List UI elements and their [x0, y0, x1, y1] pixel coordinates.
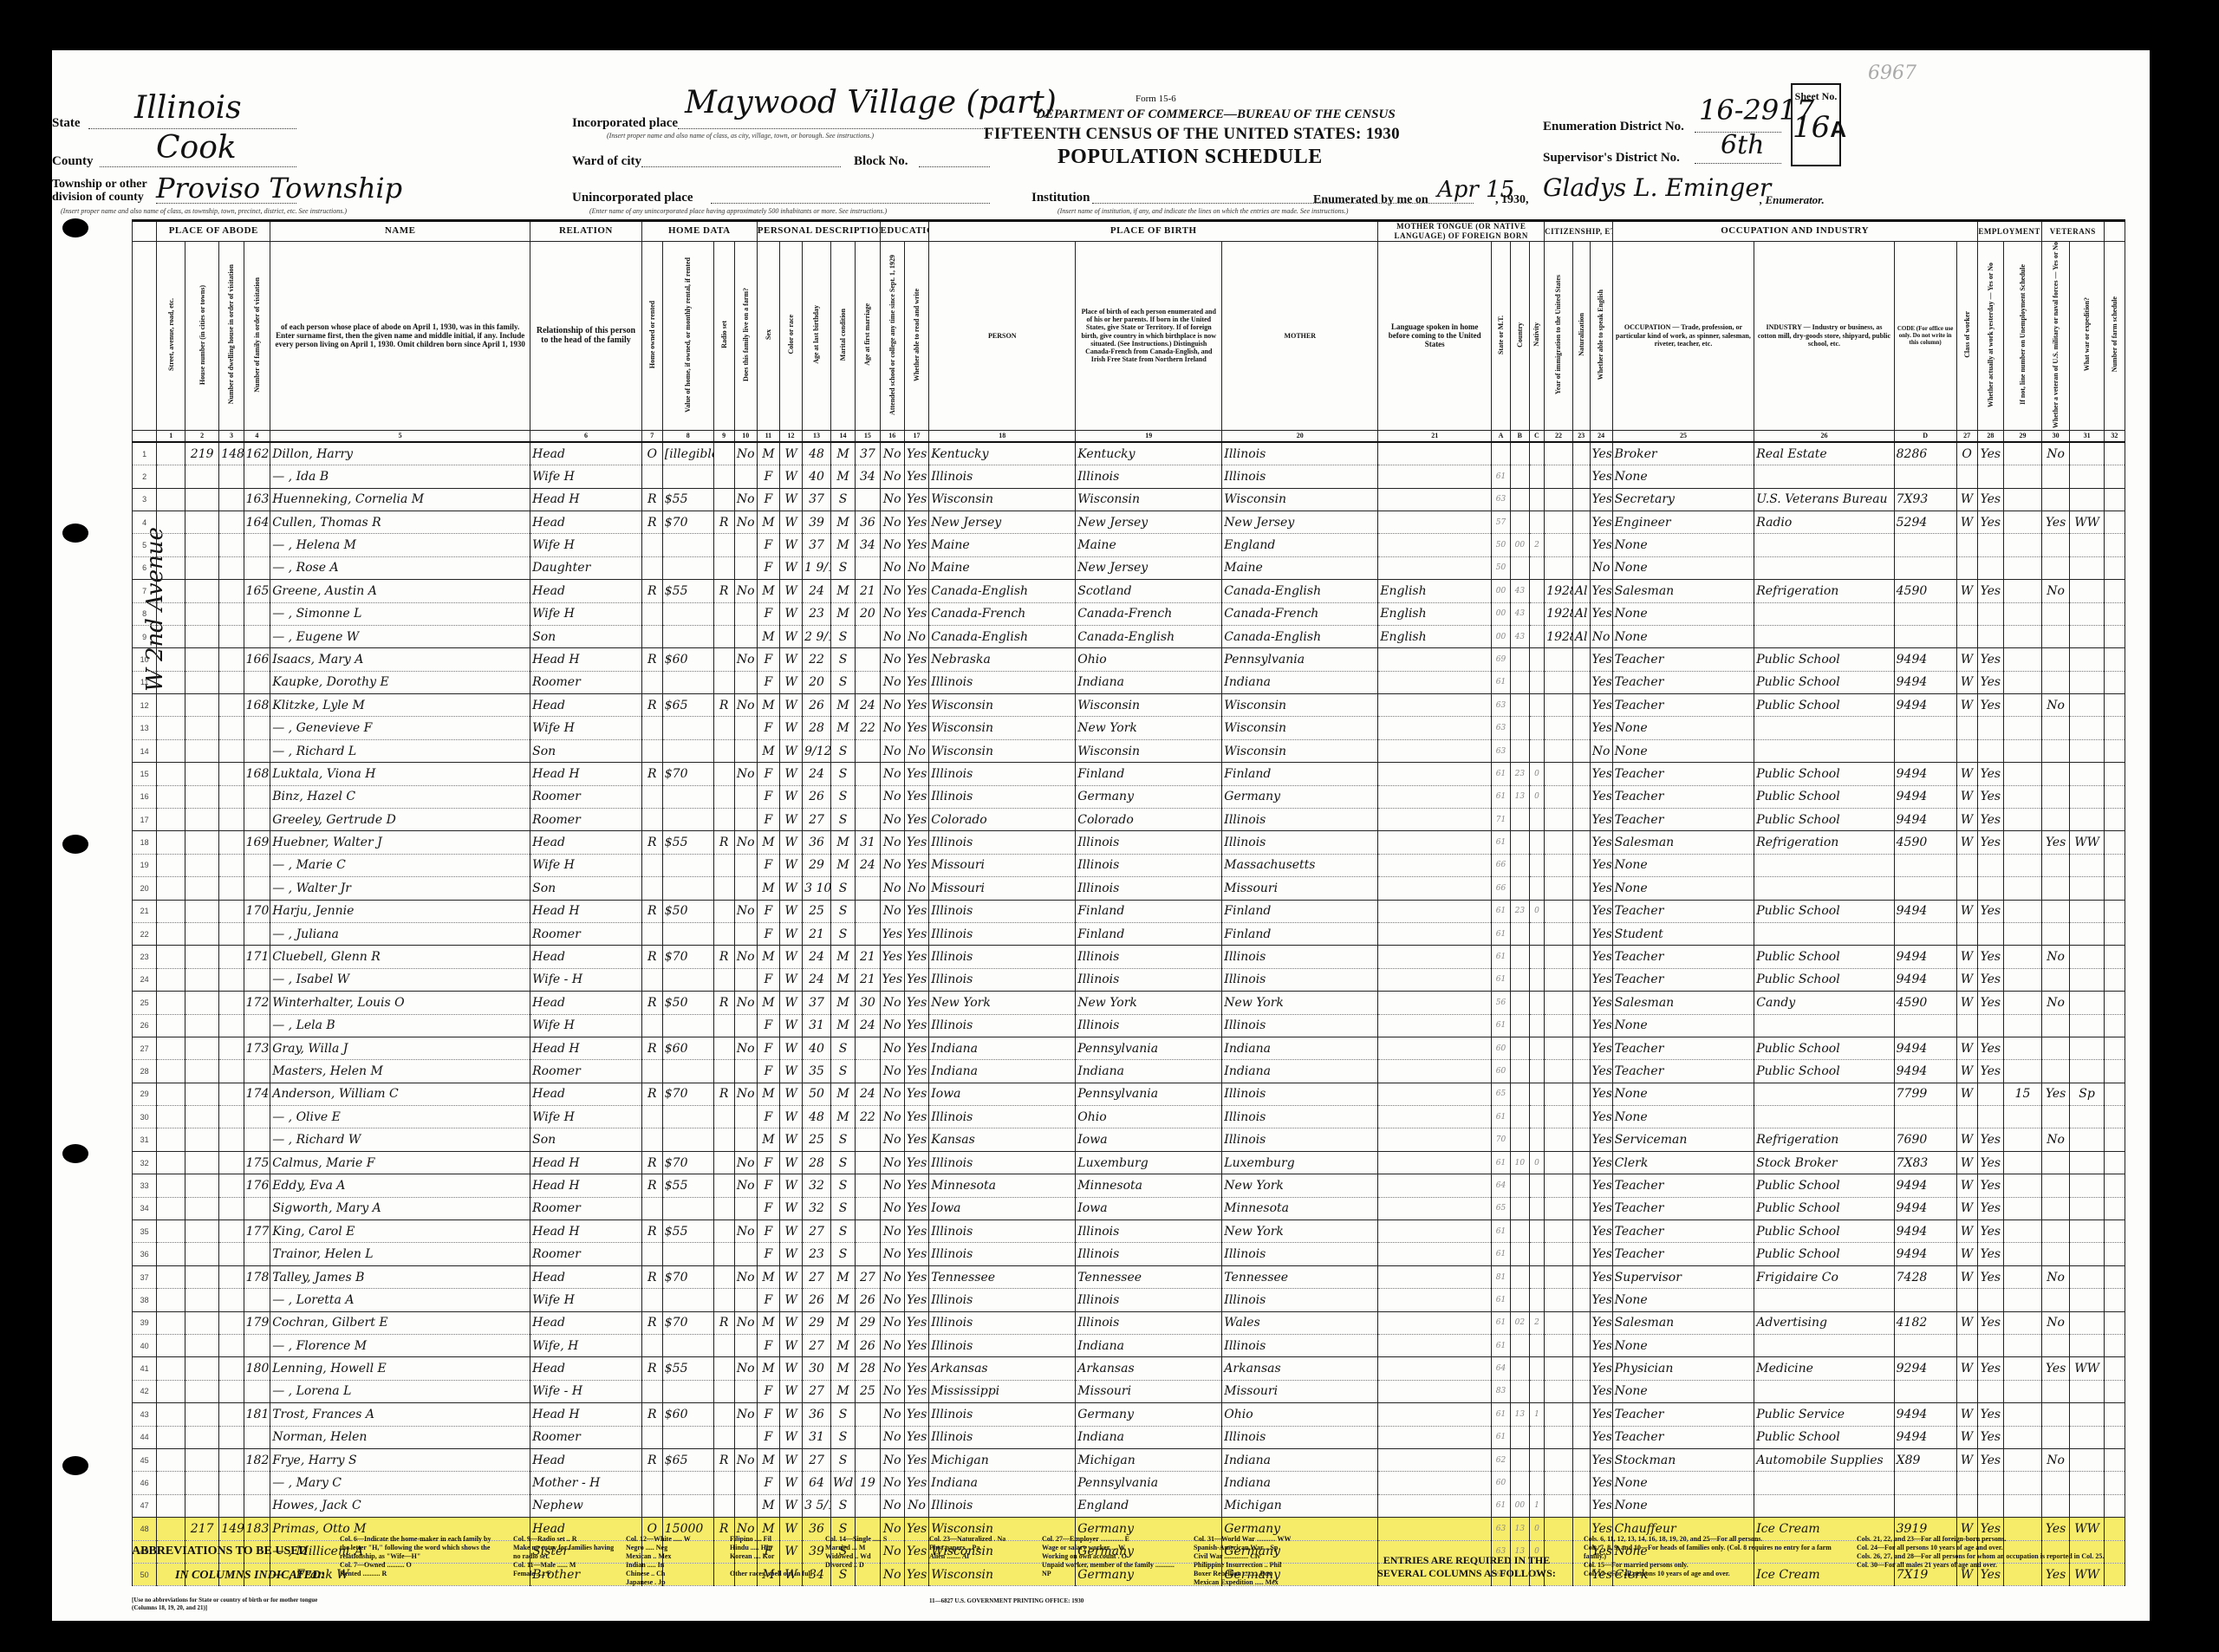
immigration-year	[1545, 1151, 1573, 1174]
farm-schedule	[2104, 1335, 2125, 1357]
race: W	[779, 1289, 802, 1311]
birthplace-mother: Illinois	[1222, 1106, 1378, 1128]
home-value	[662, 785, 713, 808]
relationship: Roomer	[530, 1426, 642, 1448]
marital-status: S	[830, 1220, 855, 1243]
birthplace-mother: Wisconsin	[1222, 694, 1378, 717]
speaks-english: Yes	[1590, 763, 1612, 785]
group-employment: EMPLOYMENT	[1977, 222, 2041, 241]
person-name: — , Eugene W	[270, 625, 530, 647]
line-number: 32	[133, 1151, 157, 1174]
age: 40	[803, 465, 831, 488]
code-c	[1529, 1426, 1544, 1448]
unemployment-line	[2004, 1128, 2042, 1151]
attended-school: Yes	[880, 946, 904, 968]
radio-set	[713, 671, 734, 693]
table-row: 10166Isaacs, Mary AHead HR$60NoFW22SNoYe…	[133, 648, 2125, 671]
birthplace-father: Indiana	[1076, 1426, 1222, 1448]
family-number	[244, 625, 270, 647]
home-value: $50	[662, 900, 713, 922]
race: W	[779, 442, 802, 465]
attended-school: No	[880, 1494, 904, 1517]
unemployment-line	[2004, 1197, 2042, 1219]
read-write: Yes	[904, 1106, 928, 1128]
age-first-marriage	[856, 1426, 880, 1448]
read-write: Yes	[904, 763, 928, 785]
person-name: — , Juliana	[270, 922, 530, 945]
war	[2070, 1265, 2104, 1288]
occupation: Teacher	[1612, 648, 1754, 671]
read-write: No	[904, 877, 928, 900]
age-first-marriage	[856, 648, 880, 671]
marital-status: S	[830, 1403, 855, 1426]
house-number	[185, 602, 219, 625]
age: 24	[803, 968, 831, 991]
person-name: — , Isabel W	[270, 968, 530, 991]
unemployment-line	[2004, 648, 2042, 671]
age: 3 5/12	[803, 1494, 831, 1517]
street	[157, 1243, 185, 1265]
code-a: 69	[1492, 648, 1511, 671]
relationship: Roomer	[530, 1243, 642, 1265]
veteran	[2041, 648, 2070, 671]
birthplace-mother: Michigan	[1222, 1494, 1378, 1517]
marital-status: Wd	[830, 1472, 855, 1494]
attended-school: No	[880, 809, 904, 831]
street	[157, 831, 185, 854]
age-first-marriage: 22	[856, 717, 880, 739]
attended-school: No	[880, 1380, 904, 1402]
occupation-code: 4182	[1894, 1311, 1956, 1334]
birthplace-father: Illinois	[1076, 1311, 1222, 1334]
age: 24	[803, 946, 831, 968]
radio-set	[713, 648, 734, 671]
birthplace-mother: Tennessee	[1222, 1265, 1378, 1288]
family-number	[244, 534, 270, 556]
code-a: 60	[1492, 1060, 1511, 1083]
war	[2070, 1128, 2104, 1151]
birthplace-father: Finland	[1076, 763, 1222, 785]
sex: F	[757, 1335, 779, 1357]
marital-status: M	[830, 694, 855, 717]
occupation-code	[1894, 717, 1956, 739]
war	[2070, 1014, 2104, 1037]
speaks-english: Yes	[1590, 900, 1612, 922]
table-row: 38— , Loretta AWife HFW26M26NoYesIllinoi…	[133, 1289, 2125, 1311]
age-first-marriage	[856, 671, 880, 693]
veteran	[2041, 854, 2070, 876]
naturalization: Al	[1572, 580, 1590, 602]
naturalization	[1572, 992, 1590, 1014]
code-a: 61	[1492, 831, 1511, 854]
speaks-english: Yes	[1590, 854, 1612, 876]
table-row: 1219148162Dillon, HarryHeadO[illegible]N…	[133, 442, 2125, 465]
attended-school: No	[880, 671, 904, 693]
occupation-code	[1894, 602, 1956, 625]
occupation-code	[1894, 1335, 1956, 1357]
attended-school: No	[880, 1289, 904, 1311]
dwelling-number	[219, 1426, 244, 1448]
line-number: 39	[133, 1311, 157, 1334]
immigration-year	[1545, 785, 1573, 808]
table-row: 2— , Ida BWife HFW40M34NoYesIllinoisIlli…	[133, 465, 2125, 488]
code-a: 61	[1492, 763, 1511, 785]
birthplace-mother: Finland	[1222, 922, 1378, 945]
naturalization	[1572, 968, 1590, 991]
speaks-english: Yes	[1590, 1060, 1612, 1083]
family-number: 179	[244, 1311, 270, 1334]
veteran	[2041, 1494, 2070, 1517]
owned-rented: R	[641, 511, 662, 533]
industry: Public School	[1754, 1220, 1894, 1243]
birthplace-person: Illinois	[929, 1289, 1076, 1311]
code-b	[1510, 739, 1529, 762]
speaks-english: Yes	[1590, 648, 1612, 671]
dwelling-number	[219, 671, 244, 693]
unemployment-line	[2004, 602, 2042, 625]
relationship: Head	[530, 1083, 642, 1105]
dwelling-number	[219, 854, 244, 876]
attended-school: No	[880, 1311, 904, 1334]
industry: Public School	[1754, 946, 1894, 968]
department: DEPARTMENT OF COMMERCE—BUREAU OF THE CEN…	[1036, 107, 1396, 122]
attended-school: No	[880, 1037, 904, 1059]
unemployment-line	[2004, 1037, 2042, 1059]
naturalization	[1572, 442, 1590, 465]
industry	[1754, 465, 1894, 488]
mother-tongue	[1378, 534, 1492, 556]
occupation: None	[1612, 1014, 1754, 1037]
farm-schedule	[2104, 1403, 2125, 1426]
relationship: Head	[530, 1448, 642, 1471]
industry	[1754, 922, 1894, 945]
speaks-english: Yes	[1590, 831, 1612, 854]
race: W	[779, 877, 802, 900]
table-row: 3163Huenneking, Cornelia MHead HR$55NoFW…	[133, 488, 2125, 511]
farm-schedule	[2104, 1243, 2125, 1265]
relationship: Head H	[530, 1403, 642, 1426]
industry	[1754, 739, 1894, 762]
abbr-col14: Col. 14—Single ..... S Married ... M Wid…	[825, 1535, 921, 1570]
veteran: Yes	[2041, 1083, 2070, 1105]
marital-status: S	[830, 488, 855, 511]
abbreviations-footer: ABBREVIATIONS TO BE USED IN COLUMNS INDI…	[132, 1528, 2125, 1615]
farm: No	[734, 442, 757, 465]
unemployment-line	[2004, 625, 2042, 647]
veteran	[2041, 1060, 2070, 1083]
family-number	[244, 739, 270, 762]
street	[157, 717, 185, 739]
relationship: Head	[530, 442, 642, 465]
birthplace-person: Canada-French	[929, 602, 1076, 625]
sex: F	[757, 785, 779, 808]
owned-rented: R	[641, 1037, 662, 1059]
birthplace-person: Wisconsin	[929, 488, 1076, 511]
naturalization	[1572, 1083, 1590, 1105]
race: W	[779, 1151, 802, 1174]
person-name: Lenning, Howell E	[270, 1357, 530, 1380]
supervisor-value: 6th	[1721, 130, 1764, 160]
table-row: 18169Huebner, Walter JHeadR$55RNoMW36M31…	[133, 831, 2125, 854]
person-name: Cochran, Gilbert E	[270, 1311, 530, 1334]
line-number: 20	[133, 877, 157, 900]
home-value: $70	[662, 1083, 713, 1105]
person-name: Eddy, Eva A	[270, 1174, 530, 1197]
farm-schedule	[2104, 1265, 2125, 1288]
immigration-year	[1545, 694, 1573, 717]
radio-set	[713, 556, 734, 579]
radio-set	[713, 1403, 734, 1426]
sex: F	[757, 809, 779, 831]
age-first-marriage: 26	[856, 1289, 880, 1311]
naturalization	[1572, 1060, 1590, 1083]
dwelling-number	[219, 511, 244, 533]
birthplace-father: Colorado	[1076, 809, 1222, 831]
home-value	[662, 739, 713, 762]
age: 27	[803, 809, 831, 831]
code-a: 61	[1492, 900, 1511, 922]
house-number	[185, 877, 219, 900]
home-value	[662, 625, 713, 647]
naturalization	[1572, 556, 1590, 579]
read-write: Yes	[904, 1380, 928, 1402]
attended-school: No	[880, 488, 904, 511]
house-number	[185, 763, 219, 785]
race: W	[779, 1380, 802, 1402]
person-name: Greene, Austin A	[270, 580, 530, 602]
house-number	[185, 1265, 219, 1288]
veteran	[2041, 556, 2070, 579]
street	[157, 877, 185, 900]
industry: Public School	[1754, 809, 1894, 831]
relationship: Wife H	[530, 1289, 642, 1311]
code-c	[1529, 1174, 1544, 1197]
unemployment-line	[2004, 1265, 2042, 1288]
war	[2070, 1243, 2104, 1265]
owned-rented: R	[641, 1403, 662, 1426]
naturalization	[1572, 1448, 1590, 1471]
unincorporated-label: Unincorporated place	[572, 191, 693, 205]
birthplace-father: Iowa	[1076, 1128, 1222, 1151]
family-number	[244, 1472, 270, 1494]
code-b: 00	[1510, 1494, 1529, 1517]
header-occupation: OCCUPATION — Trade, profession, or parti…	[1612, 241, 1754, 430]
code-c	[1529, 946, 1544, 968]
read-write: Yes	[904, 1197, 928, 1219]
mother-tongue	[1378, 831, 1492, 854]
occupation: Teacher	[1612, 946, 1754, 968]
group-place-of-birth: PLACE OF BIRTH	[929, 222, 1378, 241]
person-name: — , Richard W	[270, 1128, 530, 1151]
veteran	[2041, 739, 2070, 762]
immigration-year	[1545, 1083, 1573, 1105]
relationship: Son	[530, 1128, 642, 1151]
speaks-english: Yes	[1590, 442, 1612, 465]
farm-schedule	[2104, 1448, 2125, 1471]
home-value: $55	[662, 1174, 713, 1197]
dwelling-number	[219, 877, 244, 900]
read-write: Yes	[904, 854, 928, 876]
unemployment-line	[2004, 1243, 2042, 1265]
farm-schedule	[2104, 671, 2125, 693]
farm: No	[734, 900, 757, 922]
header-relation: Relationship of this person to the head …	[530, 241, 642, 430]
line-number: 24	[133, 968, 157, 991]
birthplace-person: Michigan	[929, 1448, 1076, 1471]
race: W	[779, 739, 802, 762]
speaks-english: Yes	[1590, 946, 1612, 968]
birthplace-person: Illinois	[929, 968, 1076, 991]
code-c	[1529, 739, 1544, 762]
owned-rented: R	[641, 488, 662, 511]
dwelling-number	[219, 1448, 244, 1471]
birthplace-father: Missouri	[1076, 1380, 1222, 1402]
veteran	[2041, 1289, 2070, 1311]
at-work: Yes	[1977, 831, 2004, 854]
immigration-year	[1545, 1494, 1573, 1517]
read-write: Yes	[904, 1448, 928, 1471]
occupation-code: 9494	[1894, 648, 1956, 671]
veteran	[2041, 1174, 2070, 1197]
race: W	[779, 1426, 802, 1448]
age: 28	[803, 1151, 831, 1174]
industry: Frigidaire Co	[1754, 1265, 1894, 1288]
family-number	[244, 1128, 270, 1151]
birthplace-father: Canada-English	[1076, 625, 1222, 647]
immigration-year	[1545, 1106, 1573, 1128]
age-first-marriage	[856, 1060, 880, 1083]
age-first-marriage: 24	[856, 1014, 880, 1037]
birthplace-person: Mississippi	[929, 1380, 1076, 1402]
table-row: 41180Lenning, Howell EHeadR$55NoMW30M28N…	[133, 1357, 2125, 1380]
attended-school: No	[880, 717, 904, 739]
header-race: Color or race	[787, 315, 795, 354]
owned-rented	[641, 1197, 662, 1219]
home-value	[662, 1014, 713, 1037]
birthplace-mother: Wisconsin	[1222, 488, 1378, 511]
veteran: No	[2041, 580, 2070, 602]
occupation: Teacher	[1612, 968, 1754, 991]
radio-set: R	[713, 694, 734, 717]
person-name: Dillon, Harry	[270, 442, 530, 465]
race: W	[779, 1174, 802, 1197]
line-number: 14	[133, 739, 157, 762]
age: 21	[803, 922, 831, 945]
birthplace-person: Illinois	[929, 1106, 1076, 1128]
occupation: None	[1612, 556, 1754, 579]
birthplace-father: Indiana	[1076, 1060, 1222, 1083]
industry	[1754, 1289, 1894, 1311]
industry: Medicine	[1754, 1357, 1894, 1380]
home-value	[662, 534, 713, 556]
mother-tongue	[1378, 992, 1492, 1014]
age: 39	[803, 511, 831, 533]
marital-status: M	[830, 1106, 855, 1128]
street	[157, 694, 185, 717]
race: W	[779, 602, 802, 625]
relationship: Head	[530, 511, 642, 533]
class-of-worker: O	[1956, 442, 1977, 465]
class-of-worker	[1956, 1472, 1977, 1494]
farm-schedule	[2104, 694, 2125, 717]
speaks-english: Yes	[1590, 1037, 1612, 1059]
sex: M	[757, 739, 779, 762]
attended-school: No	[880, 1083, 904, 1105]
column-number: 24	[1590, 430, 1612, 442]
age-first-marriage	[856, 1448, 880, 1471]
birthplace-father: Wisconsin	[1076, 488, 1222, 511]
table-row: 31— , Richard WSonMW25SNoYesKansasIowaIl…	[133, 1128, 2125, 1151]
attended-school: No	[880, 625, 904, 647]
attended-school: No	[880, 900, 904, 922]
dwelling-number	[219, 1220, 244, 1243]
birthplace-person: Illinois	[929, 1494, 1076, 1517]
street	[157, 442, 185, 465]
group-home-data: HOME DATA	[641, 222, 757, 241]
attended-school: No	[880, 1448, 904, 1471]
read-write: Yes	[904, 1174, 928, 1197]
group-mother-tongue: MOTHER TONGUE (OR NATIVE LANGUAGE) OF FO…	[1378, 222, 1545, 241]
code-a: 61	[1492, 922, 1511, 945]
farm	[734, 1380, 757, 1402]
code-a: 70	[1492, 1128, 1511, 1151]
marital-status: M	[830, 854, 855, 876]
person-name: Cluebell, Glenn R	[270, 946, 530, 968]
line-number: 45	[133, 1448, 157, 1471]
township-value: Proviso Township	[156, 172, 402, 205]
farm-schedule	[2104, 854, 2125, 876]
house-number	[185, 809, 219, 831]
industry: Refrigeration	[1754, 831, 1894, 854]
unemployment-line	[2004, 1060, 2042, 1083]
occupation: None	[1612, 854, 1754, 876]
race: W	[779, 1083, 802, 1105]
age-first-marriage: 25	[856, 1380, 880, 1402]
family-number: 178	[244, 1265, 270, 1288]
column-number: B	[1510, 430, 1529, 442]
marital-status: M	[830, 534, 855, 556]
code-c	[1529, 671, 1544, 693]
header-farm: Does this family live on a farm?	[742, 288, 750, 381]
age: 22	[803, 648, 831, 671]
sex: M	[757, 1083, 779, 1105]
sex: F	[757, 465, 779, 488]
marital-status: M	[830, 992, 855, 1014]
dwelling-number	[219, 534, 244, 556]
unemployment-line	[2004, 1174, 2042, 1197]
farm-schedule	[2104, 1106, 2125, 1128]
county-value: Cook	[156, 130, 237, 166]
immigration-year	[1545, 900, 1573, 922]
enum-district-label: Enumeration District No.	[1543, 120, 1684, 134]
person-name: Masters, Helen M	[270, 1060, 530, 1083]
occupation: None	[1612, 534, 1754, 556]
at-work: Yes	[1977, 763, 2004, 785]
relationship: Wife H	[530, 717, 642, 739]
house-number	[185, 831, 219, 854]
veteran: No	[2041, 1128, 2070, 1151]
occupation-code: 9494	[1894, 763, 1956, 785]
mother-tongue	[1378, 648, 1492, 671]
veteran: Yes	[2041, 831, 2070, 854]
code-b	[1510, 1106, 1529, 1128]
person-name: — , Marie C	[270, 854, 530, 876]
occupation: None	[1612, 1494, 1754, 1517]
immigration-year	[1545, 1220, 1573, 1243]
occupation-code: 9494	[1894, 1174, 1956, 1197]
at-work: Yes	[1977, 671, 2004, 693]
speaks-english: Yes	[1590, 488, 1612, 511]
